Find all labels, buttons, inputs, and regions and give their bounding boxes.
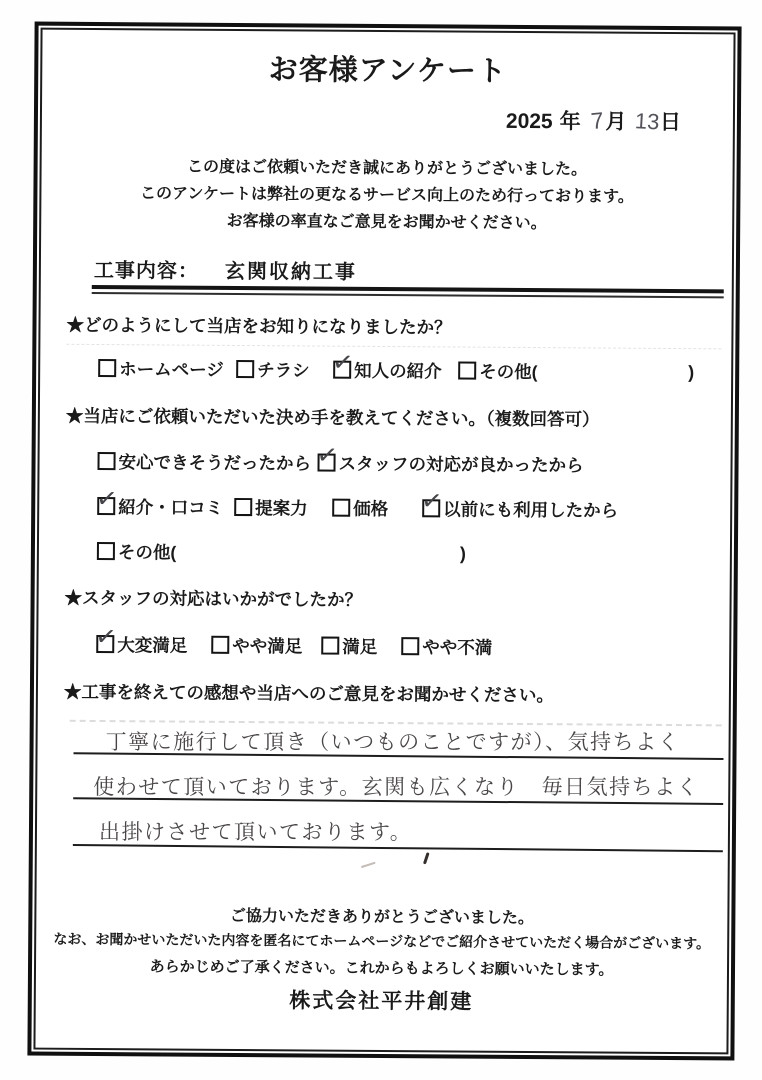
intro-line-3: お客様の率直なご意見をお聞かせください。 [37,207,736,239]
option-label: 価格 [353,496,388,521]
footer-note-line-2: あらかじめご了承ください。これからもよろしくお願いいたします。 [32,955,731,981]
checkbox: ✓ [97,497,115,515]
option-label: チラシ [257,357,310,382]
date-month-handwritten: 7 [589,107,604,135]
faint-pencil-mark [361,862,376,868]
option-label: 大変満足 [117,632,187,657]
checkbox: ✓ [97,542,115,560]
option-label: 紹介・口コミ [118,494,223,520]
handwritten-comment-line-3: 出掛けさせて頂いております。 [99,816,412,846]
option-satisfied: ✓ 満足 [321,634,377,659]
footer-thanks-text: ご協力いただきありがとうございました。 [32,902,731,930]
option-very-satisfied: ✓ 大変満足 [96,632,187,658]
ink-smudge-mark [423,852,430,864]
option-price: ✓ 価格 [332,496,388,521]
option-good-staff: ✓ スタッフの対応が良かったから [317,451,583,478]
question-1-text: ★どのようにして当店をお知りになりましたか？ [66,312,451,340]
option-label: 提案力 [255,495,308,520]
option-somewhat-dissatisfied: ✓ やや不満 [401,634,492,660]
date-day-handwritten: 13 [634,108,660,135]
question-2-text: ★当店にご依頼いただいた決め手を教えてください。（複数回答可） [66,403,600,432]
checkbox: ✓ [422,499,440,517]
option-flyer: ✓ チラシ [236,357,310,383]
page-title: お客様アンケート [38,46,737,92]
scanned-survey-sheet: お客様アンケート 2025年7月13日 この度はご依頼いただき誠にありがとうござ… [0,0,762,1080]
option-referral: ✓ 知人の紹介 [333,358,442,384]
option-label: その他( [479,359,538,384]
check-icon: ✓ [420,488,444,515]
intro-paragraph: この度はご依頼いただき誠にありがとうございました。 このアンケートは弊社の更なる… [37,153,737,239]
page-border-frame: お客様アンケート 2025年7月13日 この度はご依頼いただき誠にありがとうござ… [27,22,741,1061]
check-icon: ✓ [94,624,118,651]
checkbox: ✓ [401,637,419,655]
option-word-of-mouth: ✓ 紹介・口コミ [97,494,223,520]
checkbox: ✓ [97,452,115,470]
checkbox: ✓ [236,360,254,378]
option-label: その他( [118,539,177,564]
option-label: やや満足 [232,633,302,658]
checkbox: ✓ [321,637,339,655]
question-3-text: ★スタッフの対応はいかがでしたか？ [65,585,363,612]
company-name: 株式会社平井創建 [32,983,731,1018]
intro-line-2: このアンケートは弊社の更なるサービス向上のため行っております。 [37,180,736,212]
date-year-suffix: 年 [560,110,581,133]
checkbox: ✓ [98,359,116,377]
handwritten-comment-line-2: 使わせて頂いております。玄関も広くなり 毎日気持ちよく [93,771,699,801]
option-felt-safe: ✓ 安心できそうだったから [97,449,311,475]
option-other-q1-close-paren: ) [688,362,694,383]
checkbox: ✓ [333,361,351,379]
checkbox: ✓ [211,636,229,654]
option-homepage: ✓ ホームページ [98,356,224,382]
check-icon: ✓ [331,349,355,376]
option-label: 以前にも利用したから [443,496,618,522]
check-icon: ✓ [315,442,339,469]
footer-note-line-1: なお、お聞かせいただいた内容を匿名にてホームページなどでご紹介させていただく場合… [32,929,731,954]
option-label: やや不満 [422,634,492,659]
checkbox: ✓ [96,635,114,653]
option-label: 安心できそうだったから [118,449,311,475]
checkbox: ✓ [332,499,350,517]
option-other-q2: ✓ その他( [97,539,177,565]
work-content-label: 工事内容： [94,254,199,284]
work-content-value: 玄関収納工事 [225,255,357,285]
checkbox: ✓ [458,362,476,380]
option-other-q1: ✓ その他( [458,359,538,385]
date-month-suffix: 月 [605,111,626,134]
check-icon: ✓ [95,486,119,513]
option-label: 知人の紹介 [354,358,442,384]
option-somewhat-satisfied: ✓ やや満足 [211,633,302,659]
work-underline-bottom [92,292,724,298]
date-day-suffix: 日 [660,111,681,134]
question-4-text: ★工事を終えての感想や当店へのご意見をお聞かせください。 [64,679,554,707]
option-label: ホームページ [119,356,224,382]
checkbox: ✓ [234,498,252,516]
option-label: スタッフの対応が良かったから [338,451,583,478]
checkbox: ✓ [317,454,335,472]
scan-artifact-line [66,344,721,350]
option-other-q2-close-paren: ) [460,544,466,565]
option-used-before: ✓ 以前にも利用したから [422,496,618,522]
option-label: 満足 [342,634,377,659]
handwritten-comment-line-1: 丁寧に施行して頂き（いつものことですが）、気持ちよく [106,726,681,756]
date-year: 2025 [506,110,553,133]
option-proposal: ✓ 提案力 [234,495,308,521]
survey-date: 2025年7月13日 [506,105,681,136]
